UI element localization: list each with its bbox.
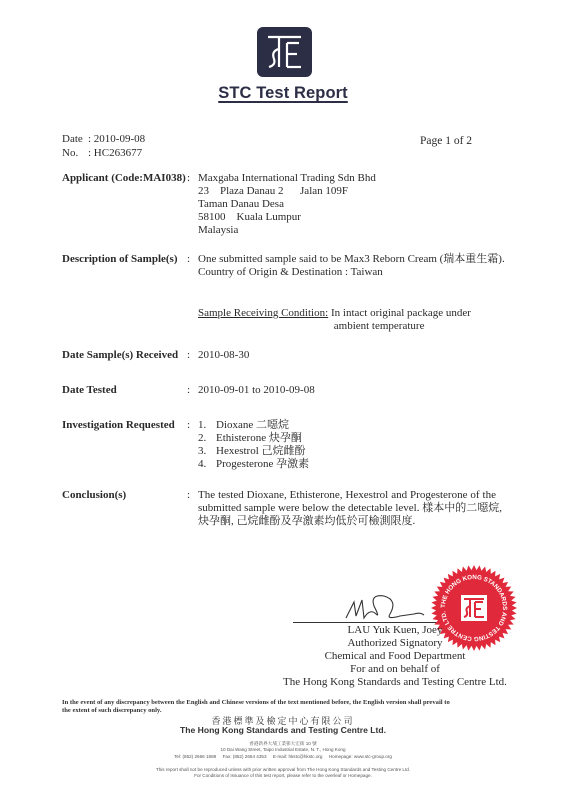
date-received-value: 2010-08-30: [198, 349, 249, 362]
date-tested-colon: :: [187, 384, 190, 397]
conclusion-line: submitted sample were below the detectab…: [198, 502, 496, 515]
applicant-line: Maxgaba International Trading Sdn Bhd: [198, 172, 376, 185]
conclusion-line: The tested Dioxane, Ethisterone, Hexestr…: [198, 489, 496, 502]
investigation-item: 3.Hexestrol 己烷雌酚: [198, 445, 309, 458]
item-text: Hexestrol 己烷雌酚: [216, 445, 306, 457]
item-number: 2.: [198, 432, 216, 445]
conclusion-label: Conclusion(s): [62, 489, 126, 502]
item-text: Progesterone 孕激素: [216, 458, 309, 470]
conclusion-line: 炔孕酮, 己烷雌酚及孕激素均低於可檢測限度.: [198, 515, 496, 528]
signatory-block: LAU Yuk Kuen, Joey Authorized Signatory …: [270, 624, 520, 689]
item-text: Dioxane 二噁烷: [216, 419, 289, 431]
date-tested-value: 2010-09-01 to 2010-09-08: [198, 384, 315, 397]
applicant-line: Malaysia: [198, 224, 376, 237]
investigation-item: 1.Dioxane 二噁烷: [198, 419, 309, 432]
item-number: 4.: [198, 458, 216, 471]
description-label: Description of Sample(s): [62, 253, 178, 266]
signatory-name: LAU Yuk Kuen, Joey: [270, 624, 520, 637]
date-value: : 2010-09-08: [88, 133, 145, 146]
applicant-label: Applicant (Code:MAI038): [62, 172, 186, 185]
report-title: STC Test Report: [0, 84, 566, 103]
investigation-item: 2.Ethisterone 炔孕酮: [198, 432, 309, 445]
conclusion-text: The tested Dioxane, Ethisterone, Hexestr…: [198, 489, 496, 528]
applicant-line: 58100 Kuala Lumpur: [198, 211, 376, 224]
item-number: 3.: [198, 445, 216, 458]
investigation-colon: :: [187, 419, 190, 432]
applicant-line: 23 Plaza Danau 2 Jalan 109F: [198, 185, 376, 198]
applicant-line: Taman Danau Desa: [198, 198, 376, 211]
description-line: One submitted sample said to be Max3 Reb…: [198, 253, 505, 266]
investigation-item: 4.Progesterone 孕激素: [198, 458, 309, 471]
date-tested-label: Date Tested: [62, 384, 117, 397]
signatory-department: Chemical and Food Department: [270, 650, 520, 663]
footer-notice-line: For Conditions of Issuance of this test …: [0, 773, 566, 779]
receiving-condition-label: Sample Receiving Condition:: [198, 307, 328, 320]
date-label: Date: [62, 133, 83, 146]
description-text: One submitted sample said to be Max3 Reb…: [198, 253, 505, 279]
date-received-label: Date Sample(s) Received: [62, 349, 178, 362]
discrepancy-notice: In the event of any discrepancy between …: [62, 699, 450, 715]
discrepancy-line: In the event of any discrepancy between …: [62, 699, 450, 707]
item-number: 1.: [198, 419, 216, 432]
description-colon: :: [187, 253, 190, 266]
report-no-value: : HC263677: [88, 147, 142, 160]
description-line: Country of Origin & Destination : Taiwan: [198, 266, 505, 279]
report-no-label: No.: [62, 147, 78, 160]
applicant-address: Maxgaba International Trading Sdn Bhd 23…: [198, 172, 376, 237]
date-received-colon: :: [187, 349, 190, 362]
stc-logo-icon: [257, 27, 312, 77]
receiving-line: ambient temperature: [331, 320, 471, 333]
footer-address-en: 10 Dai Wang Street, Taipo Industrial Est…: [0, 747, 566, 753]
investigation-list: 1.Dioxane 二噁烷 2.Ethisterone 炔孕酮 3.Hexest…: [198, 419, 309, 471]
conclusion-colon: :: [187, 489, 190, 502]
page-number: Page 1 of 2: [420, 135, 472, 148]
signatory-company: The Hong Kong Standards and Testing Cent…: [270, 676, 520, 689]
receiving-condition-value: In intact original package under ambient…: [331, 307, 471, 333]
investigation-label: Investigation Requested: [62, 419, 175, 432]
footer-contact: Tel: (852) 2666 1888 Fax: (852) 2664 435…: [0, 754, 566, 760]
signatory-behalf: For and on behalf of: [270, 663, 520, 676]
receiving-line: In intact original package under: [331, 307, 471, 320]
signature-scribble-icon: [340, 588, 430, 624]
item-text: Ethisterone 炔孕酮: [216, 432, 302, 444]
footer-company-en: The Hong Kong Standards and Testing Cent…: [0, 725, 566, 735]
applicant-colon: :: [187, 172, 190, 185]
signatory-title: Authorized Signatory: [270, 637, 520, 650]
